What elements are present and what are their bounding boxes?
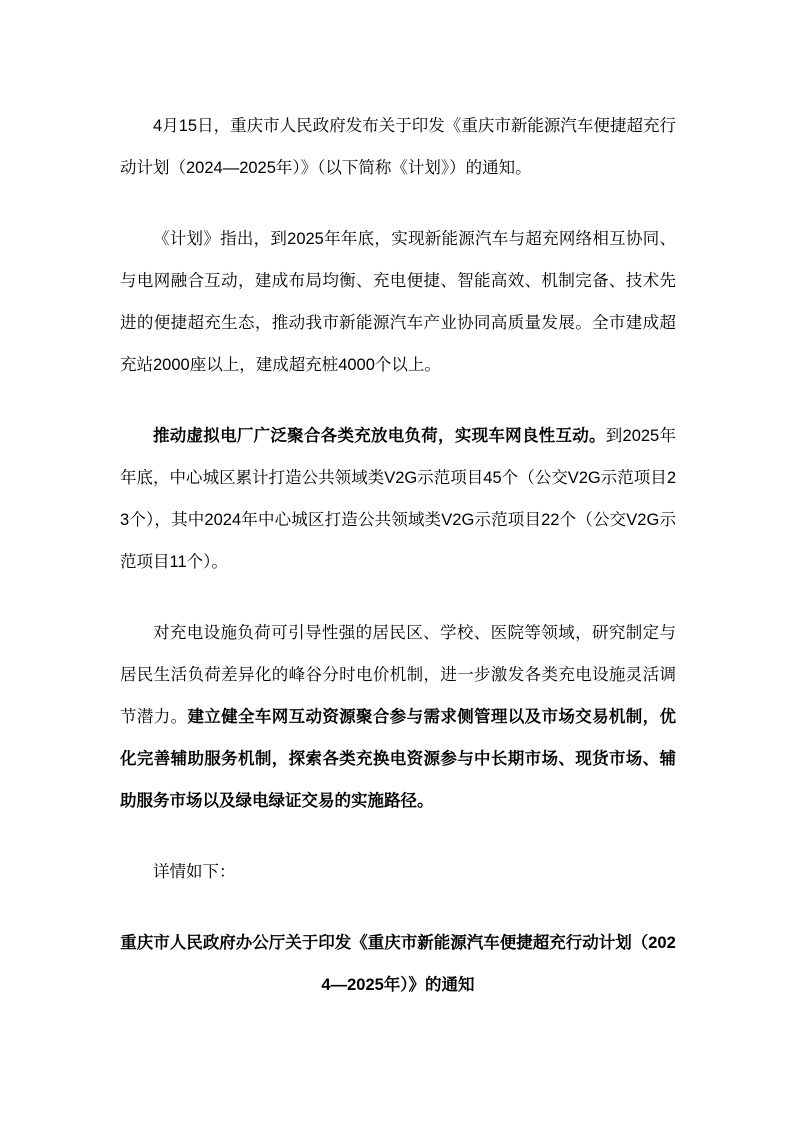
notice-title: 重庆市人民政府办公厅关于印发《重庆市新能源汽车便捷超充行动计划（2024—202… xyxy=(120,922,676,1006)
bold-text-run: 推动虚拟电厂广泛聚合各类充放电负荷，实现车网良性互动。 xyxy=(153,427,606,445)
bold-text-run: 重庆市人民政府办公厅关于印发《重庆市新能源汽车便捷超充行动计划（2024—202… xyxy=(120,934,676,994)
document-page: 4月15日，重庆市人民政府发布关于印发《重庆市新能源汽车便捷超充行动计划（202… xyxy=(0,0,793,1122)
body-paragraph: 推动虚拟电厂广泛聚合各类充放电负荷，实现车网良性互动。到2025年年底，中心城区… xyxy=(120,415,676,583)
body-paragraph: 《计划》指出，到2025年年底，实现新能源汽车与超充网络相互协同、与电网融合互动… xyxy=(120,218,676,386)
text-run: 《计划》指出，到2025年年底，实现新能源汽车与超充网络相互协同、与电网融合互动… xyxy=(120,230,676,374)
document-content: 4月15日，重庆市人民政府发布关于印发《重庆市新能源汽车便捷超充行动计划（202… xyxy=(120,105,676,1006)
text-run: 4月15日，重庆市人民政府发布关于印发《重庆市新能源汽车便捷超充行动计划（202… xyxy=(120,117,676,177)
bold-text-run: 建立健全车网互动资源聚合参与需求侧管理以及市场交易机制，优化完善辅助服务机制，探… xyxy=(120,708,676,810)
body-paragraph: 对充电设施负荷可引导性强的居民区、学校、医院等领域，研究制定与居民生活负荷差异化… xyxy=(120,612,676,822)
body-paragraph: 详情如下： xyxy=(120,851,676,893)
text-run: 详情如下： xyxy=(153,863,236,881)
text-run: 到2025年年底，中心城区累计打造公共领域类V2G示范项目45个（公交V2G示范… xyxy=(120,427,676,571)
body-paragraph: 4月15日，重庆市人民政府发布关于印发《重庆市新能源汽车便捷超充行动计划（202… xyxy=(120,105,676,189)
